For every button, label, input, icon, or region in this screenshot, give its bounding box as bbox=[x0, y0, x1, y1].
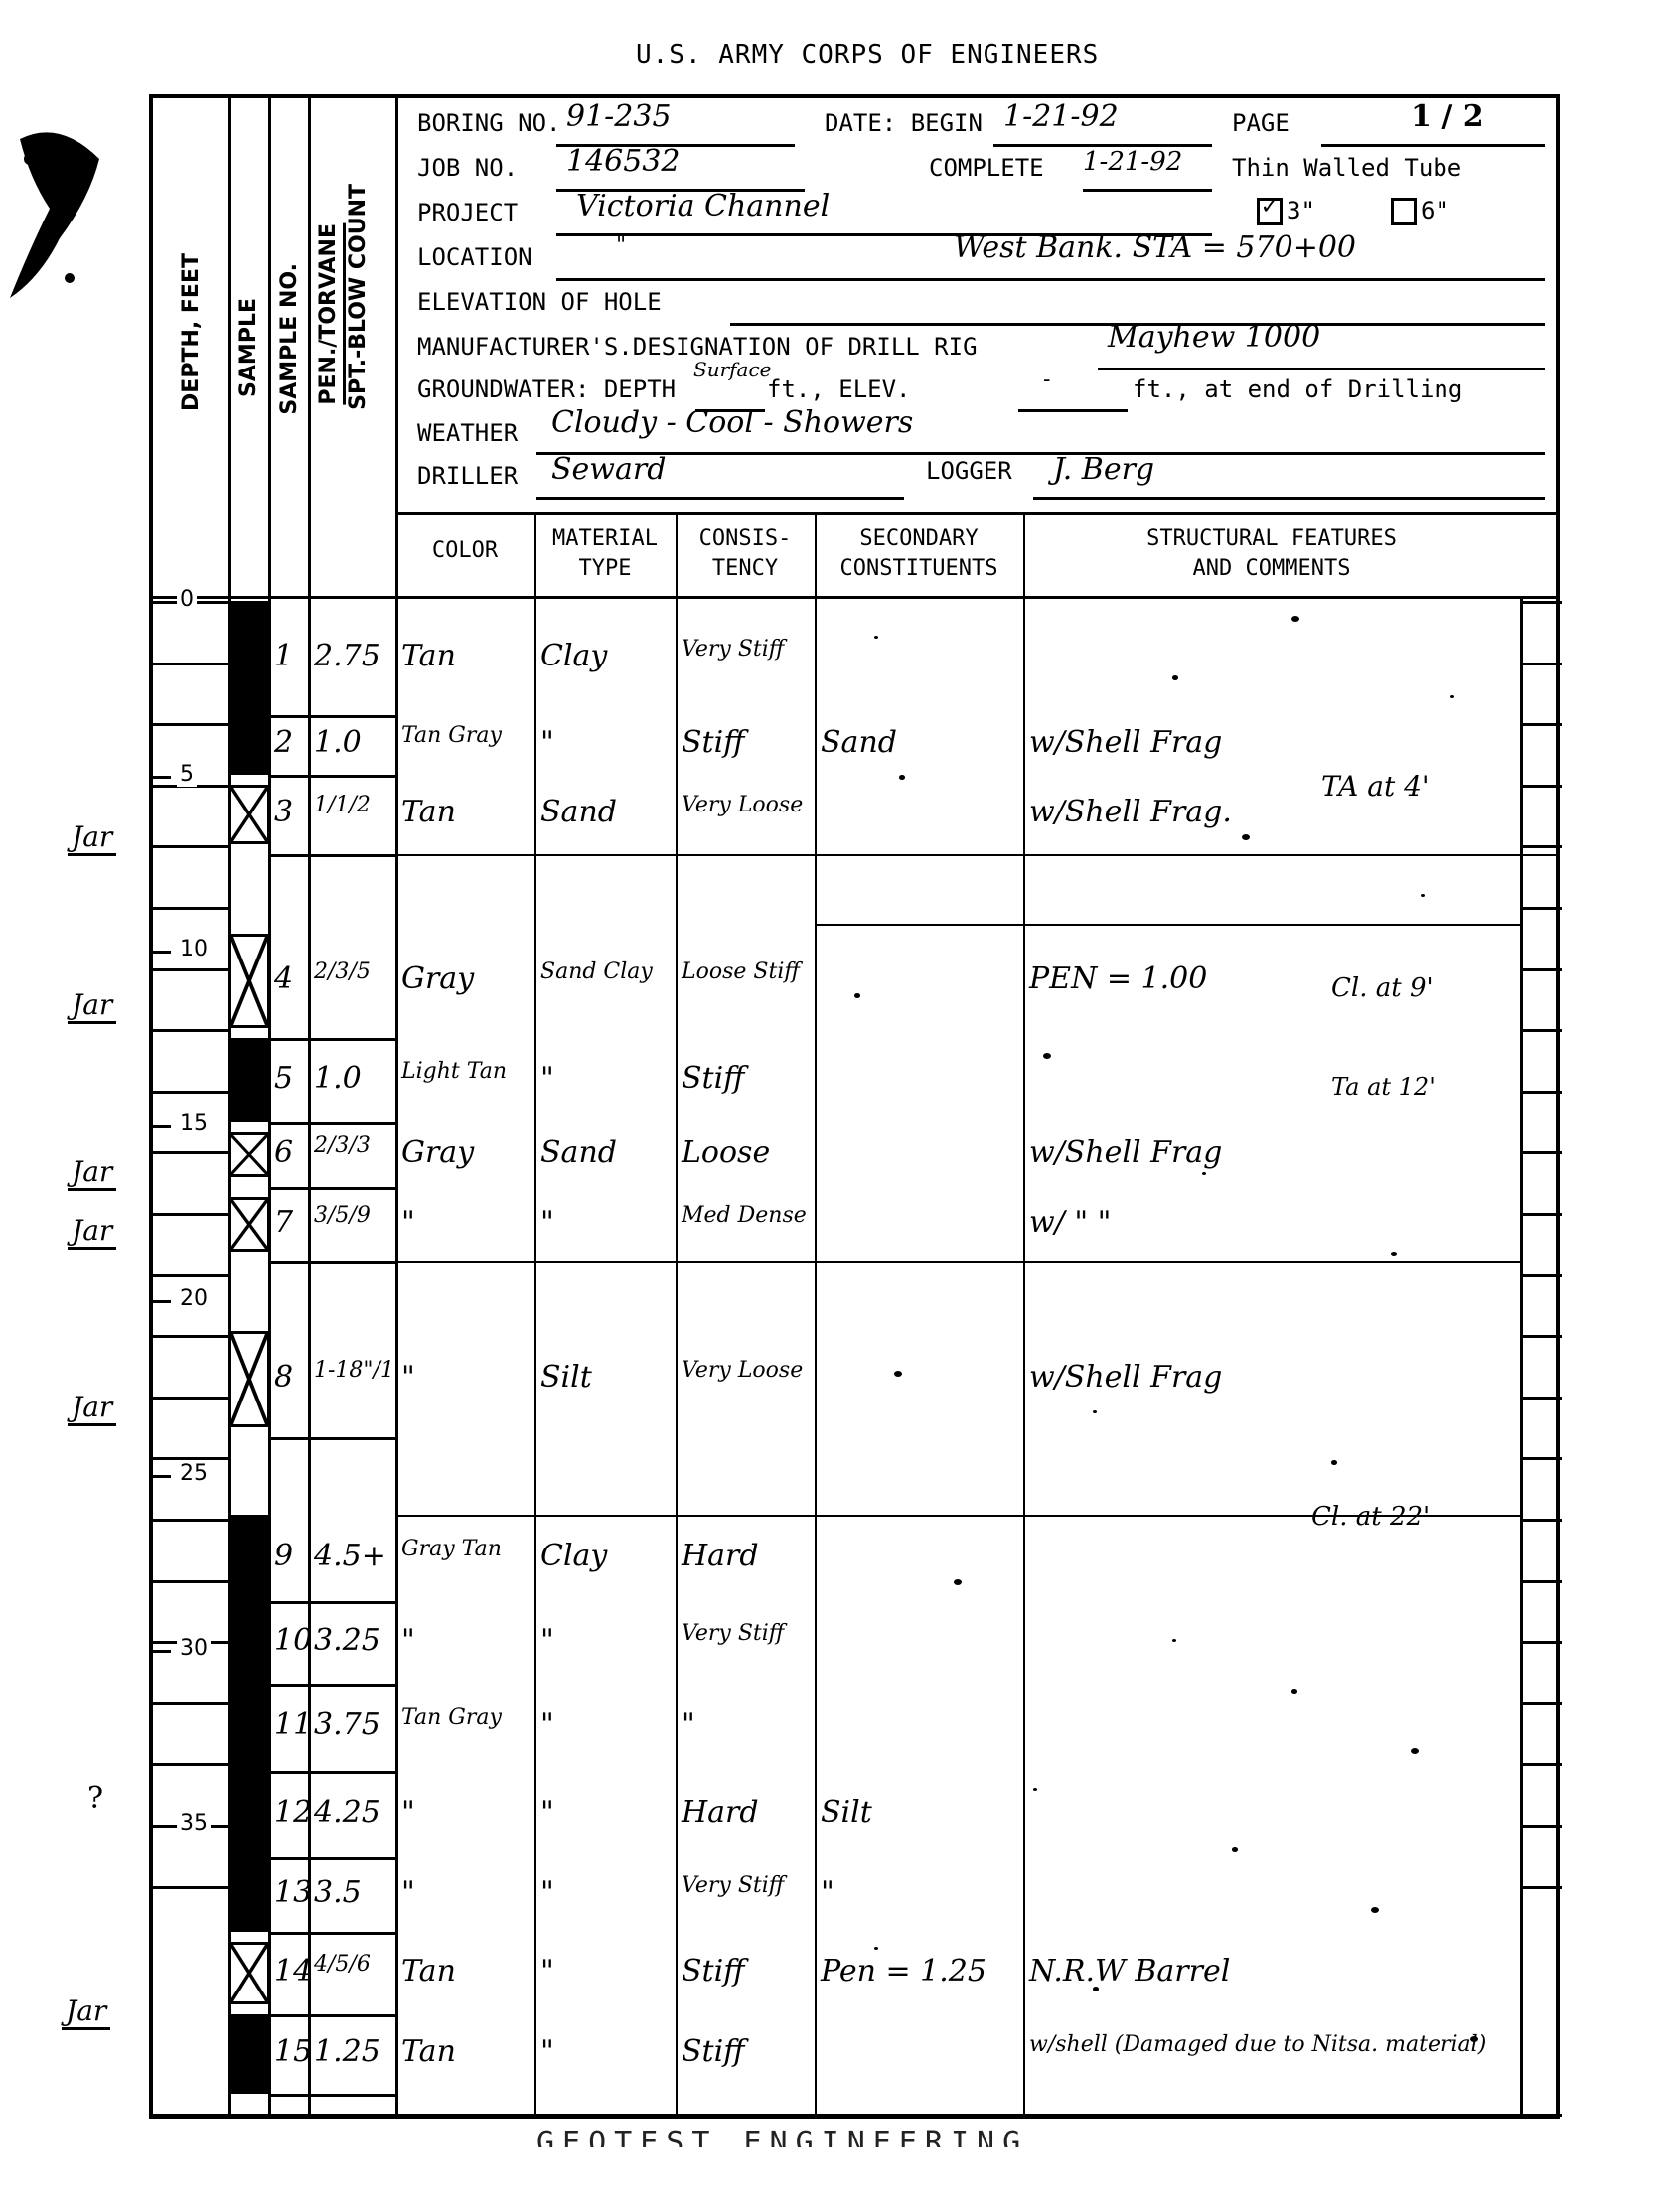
color-value: Gray bbox=[401, 961, 531, 996]
comments-value: w/Shell Frag bbox=[1029, 725, 1516, 760]
row-divider bbox=[268, 2014, 395, 2017]
page-field[interactable] bbox=[1321, 144, 1545, 147]
consistency-value: Stiff bbox=[682, 1954, 811, 1989]
depth-grid-line bbox=[149, 1702, 228, 1705]
depth-grid-line bbox=[149, 968, 228, 971]
depth-column-header: DEPTH, FEET bbox=[179, 253, 204, 411]
consistency-value: Very Stiff bbox=[682, 1623, 811, 1645]
sample-no: 1 bbox=[274, 639, 304, 673]
comments-value: N.R.W Barrel bbox=[1029, 1954, 1516, 1989]
row-divider bbox=[268, 1038, 395, 1041]
depth-grid-line bbox=[149, 1091, 228, 1094]
depth-grid-line bbox=[149, 1457, 228, 1460]
depth-tick bbox=[149, 1300, 171, 1303]
color-value: " bbox=[401, 1795, 531, 1830]
complete-label: COMPLETE bbox=[929, 154, 1044, 182]
spt-sample-x bbox=[228, 934, 270, 1028]
color-value: Tan Gray bbox=[401, 725, 531, 747]
tick-mark bbox=[1520, 968, 1562, 971]
color-value: " bbox=[401, 1360, 531, 1395]
tick-mark bbox=[1520, 663, 1562, 665]
consistency-header-line1: CONSIS- bbox=[676, 524, 815, 554]
depth-grid-line bbox=[149, 1886, 228, 1889]
tick-mark bbox=[1520, 723, 1562, 726]
material-value: " bbox=[540, 1954, 672, 1989]
color-value: " bbox=[401, 1623, 531, 1658]
tube-sample-fill bbox=[230, 1038, 268, 1122]
tick-mark bbox=[1520, 1825, 1562, 1828]
pen-value: 3.5 bbox=[314, 1875, 391, 1910]
location-field[interactable] bbox=[556, 278, 1545, 281]
tick-mark bbox=[1520, 1029, 1562, 1032]
depth-tick bbox=[149, 951, 171, 954]
location-value: West Bank. STA = 570+00 bbox=[954, 230, 1356, 265]
groundwater-label: GROUNDWATER: DEPTH bbox=[417, 375, 676, 403]
driller-label: DRILLER bbox=[417, 462, 518, 490]
consistency-value: Stiff bbox=[682, 725, 811, 760]
spt-blow-count-header: SPT.-BLOW COUNT bbox=[346, 184, 371, 410]
row-divider bbox=[268, 1932, 395, 1935]
color-value: Tan bbox=[401, 2034, 531, 2069]
scan-speck bbox=[1331, 1460, 1337, 1465]
form-bottom-line bbox=[149, 2114, 1562, 2117]
divider bbox=[534, 512, 536, 2119]
groundwater-elev-field[interactable] bbox=[1018, 409, 1128, 412]
depth-grid-line bbox=[149, 1213, 228, 1216]
tick-mark bbox=[1520, 1641, 1562, 1644]
material-value: Clay bbox=[540, 639, 672, 673]
depth-label: 15 bbox=[177, 1111, 211, 1136]
pen-value: 1/1/2 bbox=[314, 795, 391, 816]
pen-value: 1-18"/1 bbox=[314, 1360, 391, 1382]
depth-tick bbox=[149, 1650, 171, 1653]
depth-label: 20 bbox=[177, 1286, 211, 1311]
sample-no: 5 bbox=[274, 1061, 304, 1096]
pen-value: 4.5+ bbox=[314, 1539, 391, 1573]
sample-no: 13 bbox=[274, 1875, 304, 1910]
location-label: LOCATION bbox=[417, 243, 532, 271]
pen-value: 4.25 bbox=[314, 1795, 391, 1830]
comments-header-line1: STRUCTURAL FEATURES bbox=[1023, 524, 1520, 554]
project-value: Victoria Channel bbox=[576, 189, 830, 223]
tick-mark bbox=[1520, 1397, 1562, 1400]
row-divider bbox=[268, 1771, 395, 1774]
pen-value: 3.75 bbox=[314, 1707, 391, 1742]
sample-no: 12 bbox=[274, 1795, 304, 1830]
scan-speck bbox=[1033, 1788, 1037, 1791]
groundwater-ft-label: ft., ELEV. bbox=[767, 375, 911, 403]
sample-no: 7 bbox=[274, 1205, 304, 1240]
material-value: Sand bbox=[540, 795, 672, 829]
sample-no: 10 bbox=[274, 1623, 304, 1658]
tube-sample-fill bbox=[230, 1771, 268, 1857]
divider bbox=[1520, 596, 1523, 2119]
consistency-value: Loose bbox=[682, 1135, 811, 1170]
row-divider bbox=[268, 1601, 395, 1604]
tick-mark bbox=[1520, 1763, 1562, 1766]
tick-mark bbox=[1520, 1335, 1562, 1338]
tick-mark bbox=[1520, 1213, 1562, 1216]
depth-grid-line bbox=[149, 1029, 228, 1032]
sample-no: 11 bbox=[274, 1707, 304, 1742]
tick-mark bbox=[1520, 1457, 1562, 1460]
depth-label: 30 bbox=[177, 1636, 211, 1661]
color-value: Tan Gray bbox=[401, 1707, 531, 1729]
ink-blot bbox=[0, 99, 149, 318]
strata-line bbox=[815, 924, 1520, 926]
location-ditto: " bbox=[616, 233, 626, 258]
depth-grid-line bbox=[149, 1519, 228, 1522]
row-divider bbox=[268, 1437, 395, 1440]
logger-value: J. Berg bbox=[1053, 452, 1154, 487]
divider bbox=[676, 512, 678, 2119]
divider bbox=[1023, 512, 1025, 2119]
scan-speck bbox=[1291, 616, 1299, 622]
date-complete-value: 1-21-92 bbox=[1083, 147, 1182, 177]
secondary-value: " bbox=[821, 1875, 1019, 1910]
weather-label: WEATHER bbox=[417, 419, 518, 447]
scan-speck bbox=[1421, 894, 1425, 897]
footer-company: GEOTEST ENGINEERING bbox=[536, 2126, 1028, 2147]
material-value: Sand Clay bbox=[540, 961, 672, 983]
depth-grid-line bbox=[149, 663, 228, 665]
tick-mark bbox=[1520, 601, 1562, 604]
driller-field[interactable] bbox=[536, 497, 904, 500]
scan-speck bbox=[854, 993, 860, 998]
scan-speck bbox=[899, 775, 905, 780]
tube-sample-fill bbox=[230, 601, 268, 715]
jar-note: Jar bbox=[62, 1994, 110, 2030]
date-complete-field[interactable] bbox=[1083, 189, 1212, 192]
depth-grid-line bbox=[149, 1335, 228, 1338]
comments-value: w/shell (Damaged due to Nitsa. material) bbox=[1029, 2034, 1516, 2056]
depth-label: 0 bbox=[177, 587, 197, 612]
material-value: " bbox=[540, 1795, 672, 1830]
consistency-value: Med Dense bbox=[682, 1205, 811, 1227]
depth-tick bbox=[149, 1125, 171, 1128]
secondary-column-header: SECONDARYCONSTITUENTS bbox=[815, 524, 1023, 584]
pen-value: 1.25 bbox=[314, 2034, 391, 2069]
tube-sample-fill bbox=[230, 1601, 268, 1684]
checkbox-3in[interactable]: ✓ bbox=[1257, 198, 1283, 225]
row-divider bbox=[268, 1187, 395, 1190]
weather-value: Cloudy - Cool - Showers bbox=[551, 405, 913, 440]
page-label: PAGE bbox=[1232, 109, 1290, 137]
sample-no: 9 bbox=[274, 1539, 304, 1573]
project-label: PROJECT bbox=[417, 199, 518, 226]
spt-sample-x bbox=[228, 1197, 270, 1252]
pen-value: 1.0 bbox=[314, 1061, 391, 1096]
depth-grid-line bbox=[149, 845, 228, 848]
tick-mark bbox=[1520, 1580, 1562, 1583]
comments-value: w/Shell Frag. bbox=[1029, 795, 1516, 829]
scan-speck bbox=[1093, 1410, 1097, 1413]
material-value: " bbox=[540, 1623, 672, 1658]
cl-at-9-note: Cl. at 9' bbox=[1331, 973, 1434, 1003]
date-begin-value: 1-21-92 bbox=[1003, 99, 1119, 134]
sample-no: 8 bbox=[274, 1360, 304, 1395]
consistency-value: Very Loose bbox=[682, 1360, 811, 1382]
scan-speck bbox=[1391, 1252, 1397, 1256]
depth-grid-line bbox=[149, 1763, 228, 1766]
tube-sample-fill bbox=[230, 1857, 268, 1932]
consistency-value: Loose Stiff bbox=[682, 961, 811, 983]
divider bbox=[395, 94, 398, 2119]
checkbox-6in[interactable] bbox=[1391, 198, 1417, 225]
tick-mark bbox=[1520, 1274, 1562, 1277]
groundwater-end-label: ft., at end of Drilling bbox=[1133, 375, 1462, 403]
material-value: Silt bbox=[540, 1360, 672, 1395]
scan-speck bbox=[874, 1947, 878, 1950]
tube-option-6in[interactable]: 6" bbox=[1391, 197, 1449, 225]
job-no-value: 146532 bbox=[566, 144, 681, 179]
sample-no-column-header: SAMPLE NO. bbox=[277, 263, 302, 415]
depth-tick bbox=[149, 776, 171, 779]
boring-no-value: 91-235 bbox=[566, 99, 672, 134]
sample-column-header: SAMPLE bbox=[236, 298, 261, 397]
groundwater-elev-value: - bbox=[1043, 368, 1050, 392]
pen-value: 3/5/9 bbox=[314, 1205, 391, 1227]
scan-speck bbox=[1242, 834, 1250, 840]
tube-sample-fill bbox=[230, 1515, 268, 1601]
tick-mark bbox=[1520, 907, 1562, 910]
depth-grid-line bbox=[149, 723, 228, 726]
material-column-header: MATERIALTYPE bbox=[534, 524, 676, 584]
material-header-line2: TYPE bbox=[534, 554, 676, 584]
date-begin-label: DATE: BEGIN bbox=[825, 109, 983, 137]
scan-speck bbox=[1172, 1639, 1176, 1642]
cl-at-22-note: Cl. at 22' bbox=[1311, 1502, 1430, 1532]
scan-speck bbox=[1093, 1987, 1099, 1991]
drill-rig-field[interactable] bbox=[1098, 368, 1545, 370]
tick-mark bbox=[1520, 785, 1562, 788]
tick-mark bbox=[1520, 1151, 1562, 1154]
drill-rig-value: Mayhew 1000 bbox=[1108, 320, 1320, 355]
jar-note: Jar bbox=[68, 1214, 116, 1250]
consistency-value: Very Stiff bbox=[682, 639, 811, 661]
tick-mark bbox=[1520, 845, 1562, 848]
sample-no: 6 bbox=[274, 1135, 304, 1170]
question-note: ? bbox=[87, 1781, 103, 1816]
tube-sample-fill bbox=[230, 1684, 268, 1771]
material-value: Clay bbox=[540, 1539, 672, 1573]
secondary-header-line2: CONSTITUENTS bbox=[815, 554, 1023, 584]
consistency-value: Stiff bbox=[682, 1061, 811, 1096]
tick-mark bbox=[1520, 1702, 1562, 1705]
scan-speck bbox=[954, 1579, 962, 1585]
color-value: Tan bbox=[401, 795, 531, 829]
tube-option-3in[interactable]: ✓3" bbox=[1257, 197, 1315, 225]
color-value: Gray Tan bbox=[401, 1539, 531, 1560]
jar-note: Jar bbox=[68, 1155, 116, 1191]
depth-tick bbox=[149, 1825, 171, 1828]
consistency-value: Very Loose bbox=[682, 795, 811, 816]
divider bbox=[395, 512, 1560, 515]
consistency-value: " bbox=[682, 1707, 811, 1742]
scan-speck bbox=[1411, 1748, 1419, 1754]
elevation-label: ELEVATION OF HOLE bbox=[417, 288, 662, 316]
page-value: 1 / 2 bbox=[1411, 99, 1484, 134]
depth-tick bbox=[149, 1475, 171, 1478]
color-column-header: COLOR bbox=[395, 536, 534, 566]
pen-value: 2/3/5 bbox=[314, 961, 391, 983]
spt-sample-x bbox=[228, 785, 270, 844]
secondary-header-line1: SECONDARY bbox=[815, 524, 1023, 554]
logger-label: LOGGER bbox=[926, 457, 1012, 485]
boring-no-label: BORING NO. bbox=[417, 109, 561, 137]
color-value: Tan bbox=[401, 639, 531, 673]
logger-field[interactable] bbox=[1033, 497, 1545, 500]
material-value: " bbox=[540, 1205, 672, 1240]
secondary-value: Pen = 1.25 bbox=[821, 1954, 1019, 1989]
scan-speck bbox=[1202, 1172, 1206, 1175]
scan-speck bbox=[1450, 695, 1454, 698]
row-divider bbox=[268, 2094, 395, 2097]
depth-grid-line bbox=[149, 907, 228, 910]
color-value: Light Tan bbox=[401, 1061, 531, 1083]
tick-mark bbox=[1520, 1886, 1562, 1889]
depth-label: 10 bbox=[177, 937, 211, 961]
row-divider bbox=[268, 1122, 395, 1125]
ta-at-4-note: TA at 4' bbox=[1321, 770, 1430, 803]
depth-label: 5 bbox=[177, 762, 197, 787]
tube-sample-fill bbox=[230, 715, 268, 775]
color-value: Gray bbox=[401, 1135, 531, 1170]
material-value: " bbox=[540, 2034, 672, 2069]
material-value: " bbox=[540, 1061, 672, 1096]
pen-value: 2/3/3 bbox=[314, 1135, 391, 1157]
scan-speck bbox=[1371, 1907, 1379, 1913]
sample-no: 15 bbox=[274, 2034, 304, 2069]
comments-value: w/ " " bbox=[1029, 1205, 1516, 1240]
scan-speck bbox=[894, 1371, 902, 1377]
jar-note: Jar bbox=[68, 988, 116, 1024]
driller-value: Seward bbox=[551, 452, 666, 487]
depth-grid-line bbox=[149, 1151, 228, 1154]
row-divider bbox=[268, 854, 395, 857]
consistency-value: Hard bbox=[682, 1795, 811, 1830]
consistency-header-line2: TENCY bbox=[676, 554, 815, 584]
agency-title: U.S. ARMY CORPS OF ENGINEERS bbox=[636, 40, 1099, 70]
pen-torvane-header: PEN./TORVANE bbox=[316, 223, 346, 405]
comments-value: w/Shell Frag bbox=[1029, 1135, 1516, 1170]
material-value: " bbox=[540, 1707, 672, 1742]
scan-speck bbox=[1232, 1847, 1238, 1852]
jar-note: Jar bbox=[68, 820, 116, 856]
sample-no: 14 bbox=[274, 1954, 304, 1989]
comments-value: w/Shell Frag bbox=[1029, 1360, 1516, 1395]
scan-speck bbox=[1291, 1689, 1297, 1694]
pen-value: 2.75 bbox=[314, 639, 391, 673]
tube-sample-fill bbox=[230, 2014, 268, 2094]
consistency-value: Hard bbox=[682, 1539, 811, 1573]
comments-value: PEN = 1.00 bbox=[1029, 961, 1516, 996]
scan-speck bbox=[874, 636, 878, 639]
color-value: Tan bbox=[401, 1954, 531, 1989]
depth-label: 35 bbox=[177, 1811, 211, 1836]
sample-no: 4 bbox=[274, 961, 304, 996]
jar-note: Jar bbox=[68, 1391, 116, 1426]
pen-value: 3.25 bbox=[314, 1623, 391, 1658]
scan-speck bbox=[1043, 1053, 1051, 1059]
spt-sample-x bbox=[228, 1942, 270, 2004]
depth-label: 25 bbox=[177, 1461, 211, 1486]
tick-mark bbox=[1520, 1091, 1562, 1094]
spt-sample-x bbox=[228, 1132, 270, 1177]
consistency-column-header: CONSIS-TENCY bbox=[676, 524, 815, 584]
row-divider bbox=[268, 715, 395, 718]
material-value: " bbox=[540, 1875, 672, 1910]
consistency-value: Very Stiff bbox=[682, 1875, 811, 1897]
material-value: Sand bbox=[540, 1135, 672, 1170]
strata-line bbox=[395, 854, 1558, 856]
row-divider bbox=[268, 1684, 395, 1687]
comments-column-header: STRUCTURAL FEATURESAND COMMENTS bbox=[1023, 524, 1520, 584]
color-value: " bbox=[401, 1875, 531, 1910]
secondary-value: Silt bbox=[821, 1795, 1019, 1830]
check-icon: ✓ bbox=[1262, 191, 1278, 221]
material-value: " bbox=[540, 725, 672, 760]
row-divider bbox=[268, 1857, 395, 1860]
job-no-label: JOB NO. bbox=[417, 154, 518, 182]
material-header-line1: MATERIAL bbox=[534, 524, 676, 554]
pen-value: 1.0 bbox=[314, 725, 391, 760]
divider bbox=[268, 94, 271, 2119]
comments-header-line2: AND COMMENTS bbox=[1023, 554, 1520, 584]
depth-tick bbox=[149, 601, 171, 604]
spt-sample-x bbox=[228, 1331, 270, 1427]
weather-field[interactable] bbox=[536, 452, 1545, 455]
scan-speck bbox=[1470, 2036, 1478, 2042]
drill-rig-label: MANUFACTURER'S.DESIGNATION OF DRILL RIG bbox=[417, 333, 978, 361]
row-divider bbox=[268, 1261, 395, 1264]
groundwater-depth-value: Surface bbox=[693, 358, 772, 381]
divider bbox=[815, 512, 817, 2119]
divider bbox=[149, 596, 1560, 599]
depth-grid-line bbox=[149, 1580, 228, 1583]
row-divider bbox=[268, 775, 395, 778]
depth-grid-line bbox=[149, 1397, 228, 1400]
pen-value: 4/5/6 bbox=[314, 1954, 391, 1976]
consistency-value: Stiff bbox=[682, 2034, 811, 2069]
depth-grid-line bbox=[149, 1274, 228, 1277]
ta-at-12-note: Ta at 12' bbox=[1331, 1073, 1436, 1101]
color-value: " bbox=[401, 1205, 531, 1240]
secondary-value: Sand bbox=[821, 725, 1019, 760]
sample-no: 3 bbox=[274, 795, 304, 829]
strata-line bbox=[395, 1261, 1520, 1263]
scan-speck bbox=[1172, 675, 1178, 680]
tick-mark bbox=[1520, 1519, 1562, 1522]
sample-no: 2 bbox=[274, 725, 304, 760]
tube-label: Thin Walled Tube bbox=[1232, 154, 1461, 182]
